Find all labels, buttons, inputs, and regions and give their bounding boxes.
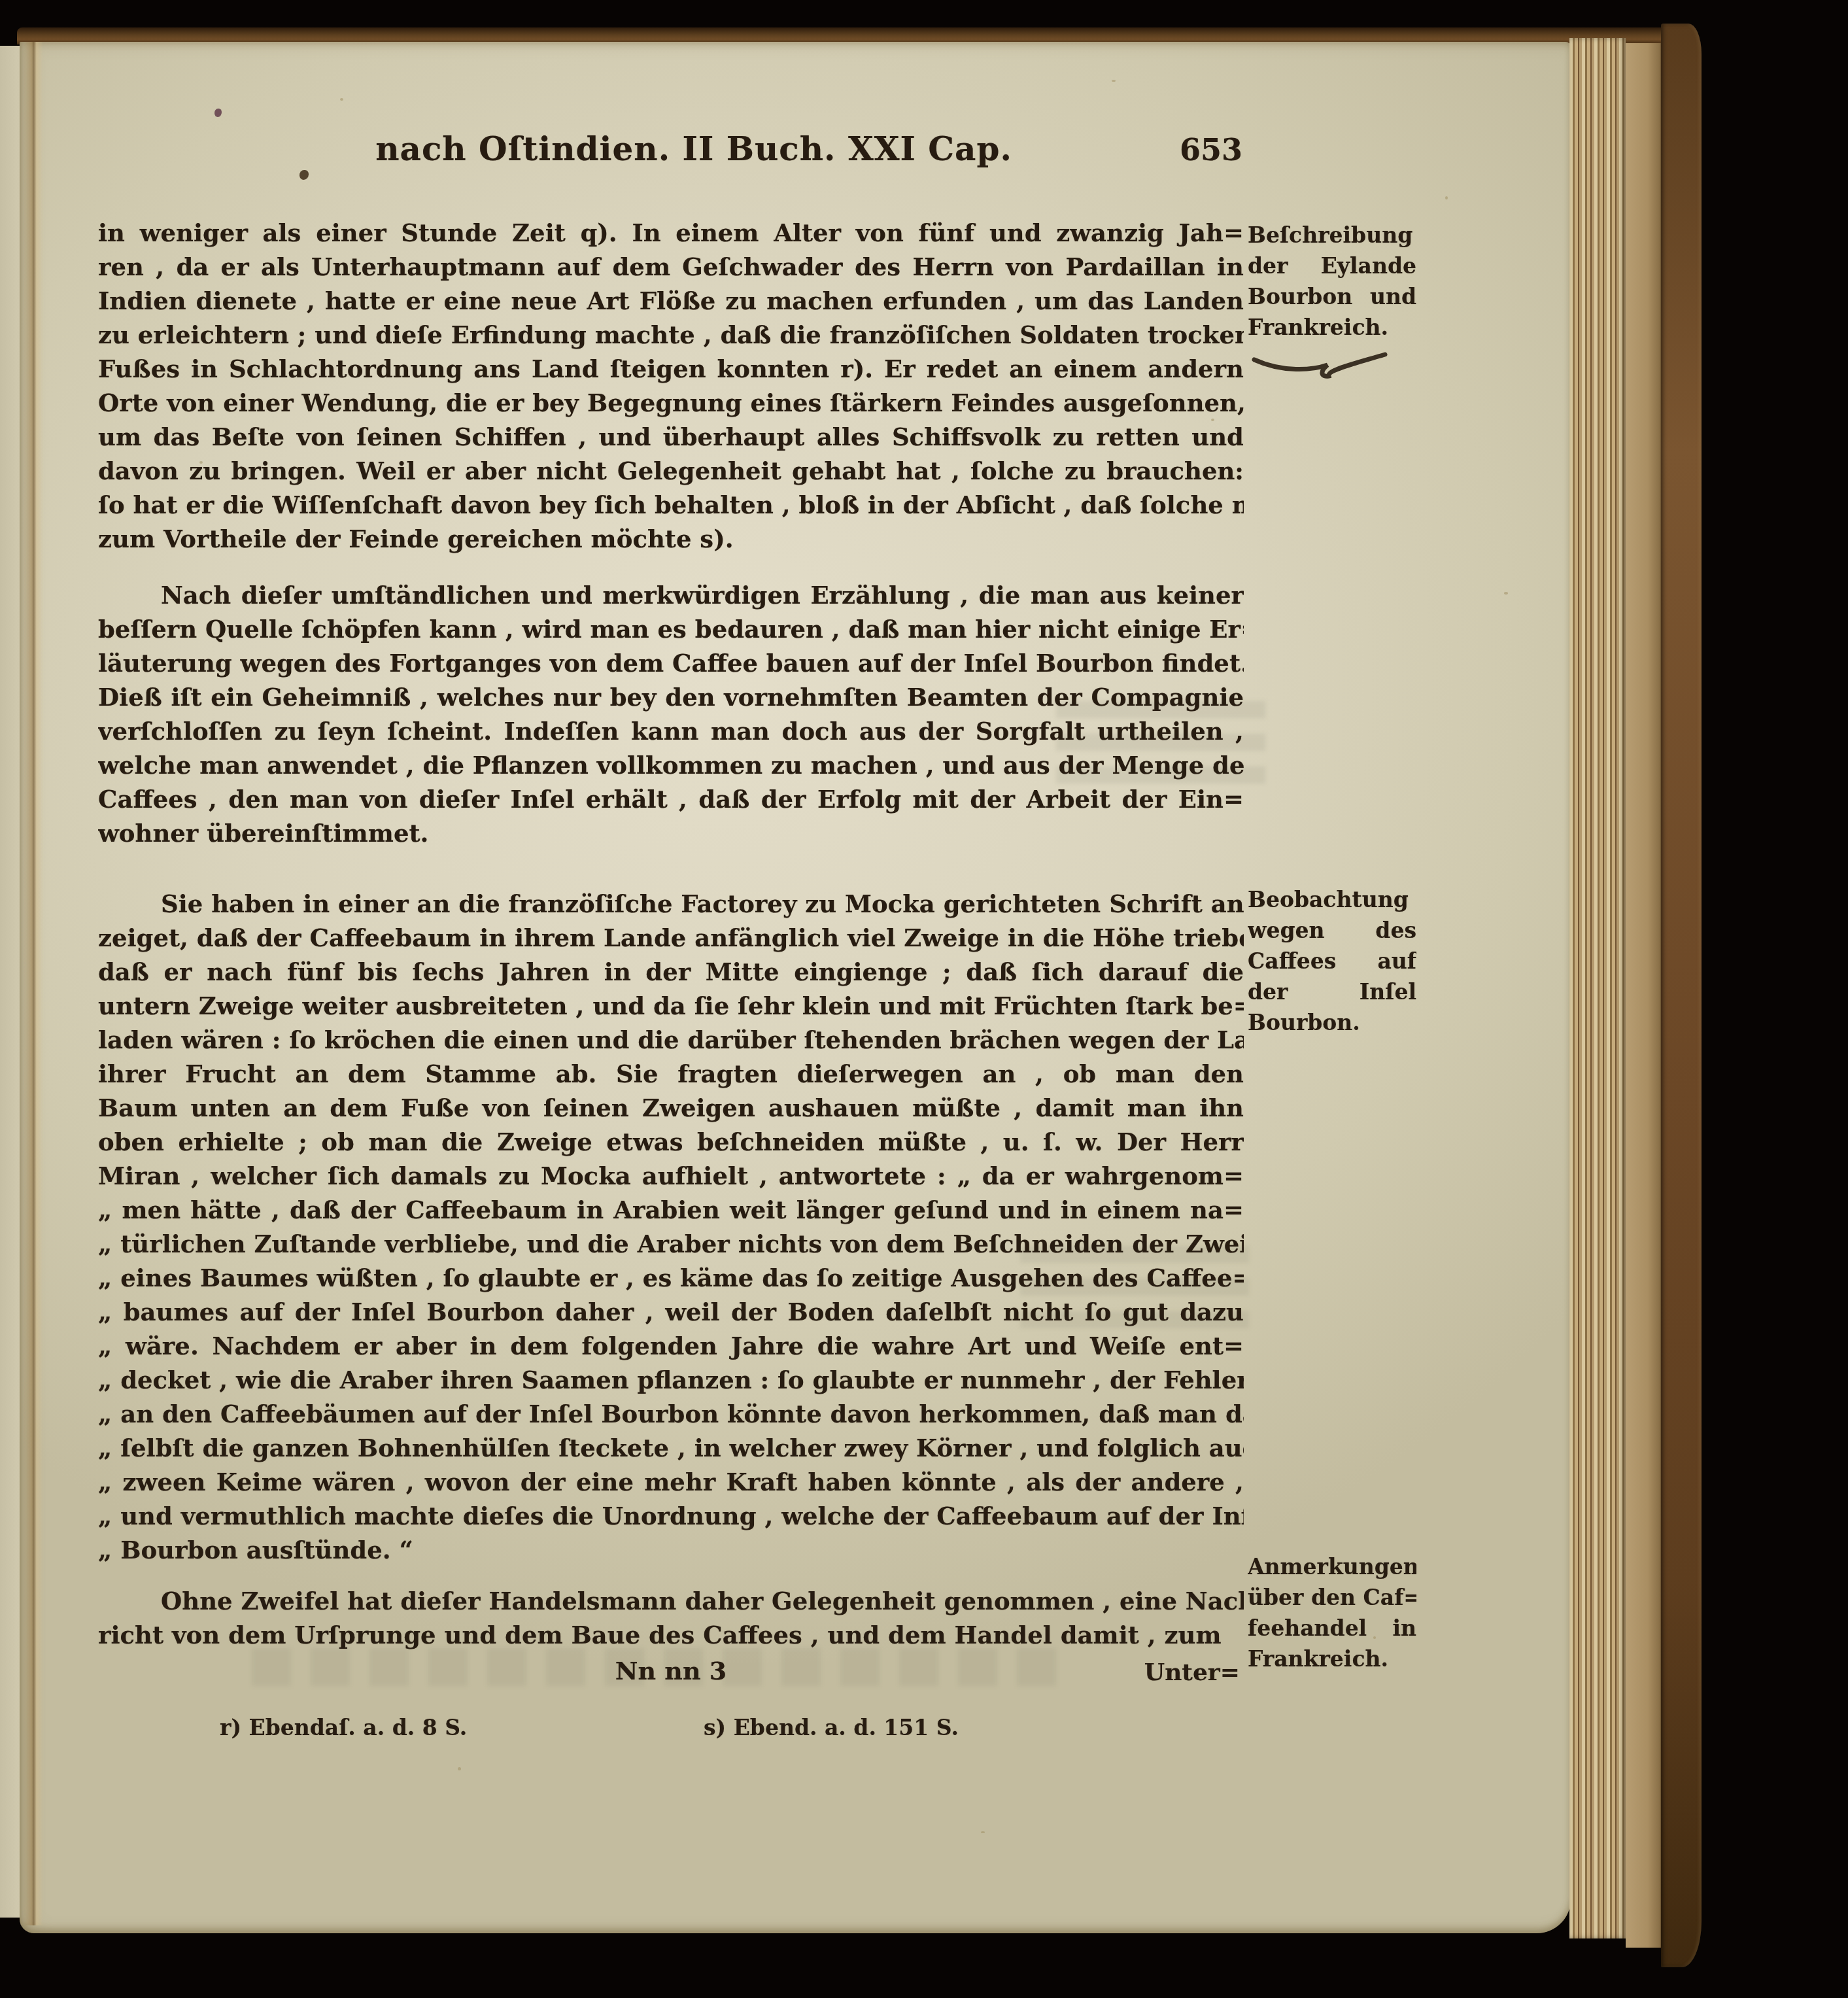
text-line: Miran , welcher ſich damals zu Mocka auf…: [98, 1159, 1244, 1193]
text-line: „ men hätte , daß der Caffeebaum in Arab…: [98, 1193, 1244, 1227]
paper-fleck: [1504, 592, 1508, 594]
text-line: über den Caf=: [1248, 1582, 1416, 1613]
text-line: Caffees auf: [1248, 946, 1416, 976]
paper-fleck: [1445, 196, 1448, 199]
text-line: „ ſelbſt die ganzen Bohnenhülſen ſtecket…: [98, 1431, 1244, 1465]
text-line: welche man anwendet , die Pflanzen vollk…: [98, 748, 1244, 782]
text-line: läuterung wegen des Fortganges von dem C…: [98, 646, 1244, 680]
text-line: „ türlichen Zuſtande verbliebe, und die …: [98, 1227, 1244, 1261]
paper-fleck: [981, 1831, 985, 1833]
margin-note-bourbon-frankreich: Beſchreibungder EylandeBourbon undFrankr…: [1248, 220, 1416, 386]
page-header: nach Oſtindien. II Buch. XXI Cap. 653: [98, 129, 1244, 175]
text-line: der Inſel: [1248, 976, 1416, 1007]
text-line: Frankreich.: [1248, 1644, 1416, 1674]
paragraph: Sie haben in einer an die franzöſiſche F…: [98, 887, 1244, 1567]
text-line: Nach dieſer umſtändlichen und merkwürdig…: [98, 578, 1244, 612]
text-line: Dieß iſt ein Geheimniß , welches nur bey…: [98, 680, 1244, 714]
paper-fleck: [458, 1767, 461, 1770]
text-line: „ decket , wie die Araber ihren Saamen p…: [98, 1363, 1244, 1397]
fore-edge-pages: [1569, 38, 1626, 1938]
text-line: zeiget, daß der Caffeebaum in ihrem Land…: [98, 921, 1244, 955]
text-line: „ und vermuthlich machte dieſes die Unor…: [98, 1499, 1244, 1533]
text-line: beſſern Quelle ſchöpfen kann , wird man …: [98, 612, 1244, 646]
margin-note-flourish: [1250, 349, 1389, 381]
text-line: zu erleichtern ; und dieſe Erfindung mac…: [98, 318, 1244, 352]
text-line: daß er nach fünf bis ſechs Jahren in der…: [98, 955, 1244, 989]
paragraph: Nach dieſer umſtändlichen und merkwürdig…: [98, 578, 1244, 850]
signature-mark: Nn nn 3: [98, 1656, 1244, 1685]
margin-note-lines: Beſchreibungder EylandeBourbon undFrankr…: [1248, 220, 1416, 343]
text-line: Bourbon und: [1248, 281, 1416, 312]
catchword: Unter=: [1144, 1659, 1240, 1686]
page-number: 653: [1180, 132, 1242, 167]
book-scan: nach Oſtindien. II Buch. XXI Cap. 653 in…: [0, 0, 1848, 1998]
margin-note-lines: Beobachtungwegen desCaffees aufder Inſel…: [1248, 884, 1416, 1038]
text-line: Sie haben in einer an die franzöſiſche F…: [98, 887, 1244, 921]
text-line: wegen des: [1248, 915, 1416, 946]
leather-cover-edge: [1661, 24, 1702, 1967]
text-line: Beobachtung: [1248, 884, 1416, 915]
running-title: nach Oſtindien. II Buch. XXI Cap.: [98, 129, 1244, 168]
text-line: ren , da er als Unterhauptmann auf dem G…: [98, 250, 1244, 284]
text-line: Indien dienete , hatte er eine neue Art …: [98, 284, 1244, 318]
text-line: oben erhielte ; ob man die Zweige etwas …: [98, 1125, 1244, 1159]
text-line: feehandel in: [1248, 1613, 1416, 1644]
text-line: „ Bourbon ausſtünde. “: [98, 1533, 1244, 1567]
text-line: untern Zweige weiter ausbreiteten , und …: [98, 989, 1244, 1023]
paragraph: in weniger als einer Stunde Zeit q). In …: [98, 216, 1244, 556]
signature-row: Nn nn 3 Unter=: [98, 1656, 1244, 1694]
text-line: Baum unten an dem Fuße von ſeinen Zweige…: [98, 1091, 1244, 1125]
text-line: Anmerkungen: [1248, 1551, 1416, 1582]
text-line: davon zu bringen. Weil er aber nicht Gel…: [98, 454, 1244, 488]
text-line: „ zween Keime wären , wovon der eine meh…: [98, 1465, 1244, 1499]
paper-fleck: [340, 98, 343, 101]
text-line: ſo hat er die Wiſſenſchaft davon bey ſic…: [98, 488, 1244, 522]
text-line: in weniger als einer Stunde Zeit q). In …: [98, 216, 1244, 250]
text-line: „ eines Baumes wüßten , ſo glaubte er , …: [98, 1261, 1244, 1295]
text-line: laden wären : ſo kröchen die einen und d…: [98, 1023, 1244, 1057]
text-line: Caffees , den man von dieſer Inſel erhäl…: [98, 782, 1244, 816]
paragraph: Ohne Zweifel hat dieſer Handelsmann dahe…: [98, 1584, 1244, 1652]
text-line: Orte von einer Wendung, die er bey Begeg…: [98, 386, 1244, 420]
text-line: Beſchreibung: [1248, 220, 1416, 250]
text-line: „ wäre. Nachdem er aber in dem folgenden…: [98, 1329, 1244, 1363]
text-line: Fußes in Schlachtordnung ans Land ſteige…: [98, 352, 1244, 386]
text-line: verſchloſſen zu ſeyn ſcheint. Indeſſen k…: [98, 714, 1244, 748]
paper-fleck: [1112, 80, 1116, 82]
text-line: Bourbon.: [1248, 1007, 1416, 1038]
gutter-crease: [24, 42, 43, 1925]
text-line: Frankreich.: [1248, 312, 1416, 343]
text-line: zum Vortheile der Feinde gereichen möcht…: [98, 522, 1244, 556]
text-line: richt von dem Urſprunge und dem Baue des…: [98, 1618, 1244, 1652]
footnotes: r) Ebendaſ. a. d. 8 S. s) Ebend. a. d. 1…: [98, 1715, 1244, 1748]
margin-note-anmerkungen: Anmerkungenüber den Caf=feehandel inFran…: [1248, 1551, 1416, 1674]
cover-inner-edge: [1626, 43, 1662, 1948]
text-line: um das Beſte von ſeinen Schiffen , und ü…: [98, 420, 1244, 454]
footnote-s: s) Ebend. a. d. 151 S.: [704, 1715, 959, 1740]
text-line: ihrer Frucht an dem Stamme ab. Sie fragt…: [98, 1057, 1244, 1091]
margin-note-beobachtung: Beobachtungwegen desCaffees aufder Inſel…: [1248, 884, 1416, 1038]
margin-note-lines: Anmerkungenüber den Caf=feehandel inFran…: [1248, 1551, 1416, 1674]
body-text: in weniger als einer Stunde Zeit q). In …: [98, 216, 1244, 1748]
text-line: wohner übereinſtimmet.: [98, 816, 1244, 850]
text-line: der Eylande: [1248, 250, 1416, 281]
text-line: Ohne Zweifel hat dieſer Handelsmann dahe…: [98, 1584, 1244, 1618]
text-line: „ an den Caffeebäumen auf der Inſel Bour…: [98, 1397, 1244, 1431]
footnote-r: r) Ebendaſ. a. d. 8 S.: [220, 1715, 467, 1740]
text-line: „ baumes auf der Inſel Bourbon daher , w…: [98, 1295, 1244, 1329]
